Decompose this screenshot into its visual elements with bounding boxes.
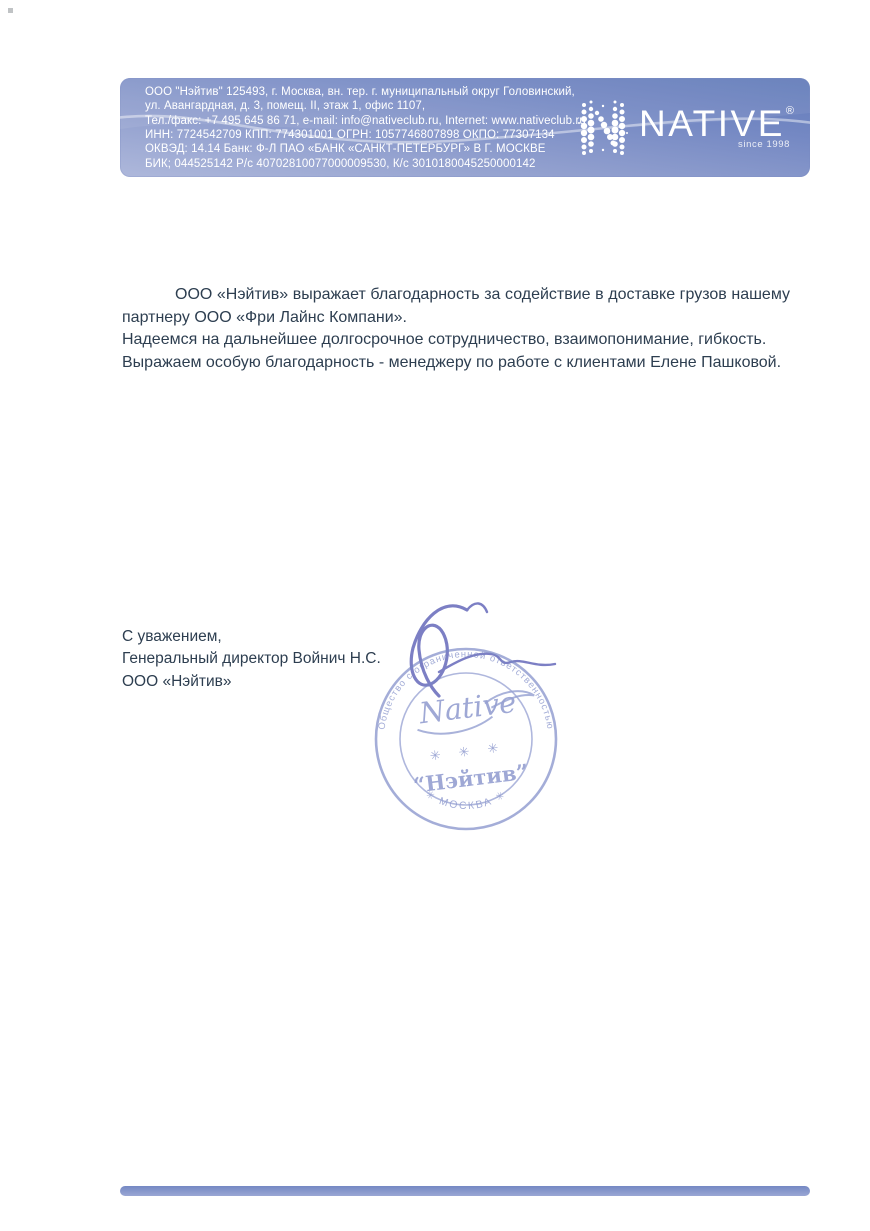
native-dotted-n-logo: [577, 97, 629, 159]
stamp-outer-ring: [376, 649, 556, 829]
letter-body: ООО «Нэйтив» выражает благодарность за с…: [122, 284, 790, 374]
stamp-flourish: [484, 689, 535, 708]
stamp-ring-text-top: Общество с ограниченной ответственностью: [376, 649, 555, 731]
signature-company: ООО «Нэйтив»: [122, 671, 381, 693]
company-stamp: Общество с ограниченной ответственностью…: [371, 644, 561, 834]
paragraph-cooperation: Надеемся на дальнейшее долгосрочное сотр…: [122, 329, 790, 352]
signature-title-name: Генеральный директор Войнич Н.С.: [122, 648, 381, 670]
signature-block: С уважением, Генеральный директор Войнич…: [122, 626, 381, 693]
contact-line-okved-bank: ОКВЭД: 14.14 Банк: Ф-Л ПАО «БАНК «САНКТ-…: [145, 142, 586, 156]
footer-bar: [120, 1186, 810, 1196]
stamp-stars: ✳ ✳ ✳: [429, 740, 506, 764]
stamp-ring-text-bottom: ✳ МОСКВА ✳: [423, 788, 509, 812]
letterhead: ООО "Нэйтив" 125493, г. Москва, вн. тер.…: [120, 78, 810, 177]
paragraph-gratitude: ООО «Нэйтив» выражает благодарность за с…: [122, 284, 790, 329]
scan-artifact: [8, 8, 13, 13]
contact-line-address1: ООО "Нэйтив" 125493, г. Москва, вн. тер.…: [145, 85, 586, 99]
brand-block: NATIVE ® since 1998: [577, 78, 794, 177]
contact-line-bik-accounts: БИК; 044525142 Р/с 40702810077000009530,…: [145, 157, 586, 171]
signature-salutation: С уважением,: [122, 626, 381, 648]
brand-text: NATIVE ® since 1998: [639, 105, 794, 150]
contact-line-phone-email: Тел./факс: +7 495 645 86 71, e-mail: inf…: [145, 114, 586, 128]
stamp-underline-flourish: [417, 717, 494, 737]
svg-text:✳ МОСКВА ✳: ✳ МОСКВА ✳: [423, 788, 509, 812]
brand-name: NATIVE: [639, 105, 785, 142]
paragraph-special-thanks: Выражаем особую благодарность - менеджер…: [122, 352, 790, 375]
contact-line-address2: ул. Авангардная, д. 3, помещ. II, этаж 1…: [145, 99, 586, 113]
contact-line-inn-kpp: ИНН: 7724542709 КПП: 774301001 ОГРН: 105…: [145, 128, 586, 142]
handwritten-signature: [383, 586, 583, 716]
brand-tagline: since 1998: [738, 139, 790, 150]
stamp-script-name: Native: [416, 685, 518, 731]
stamp-inner-ring: [400, 673, 532, 805]
registered-trademark-mark: ®: [786, 106, 794, 117]
svg-text:Общество с ограниченной ответс: Общество с ограниченной ответственностью: [376, 649, 555, 731]
letter-page: ООО "Нэйтив" 125493, г. Москва, вн. тер.…: [0, 0, 870, 1231]
company-contact-block: ООО "Нэйтив" 125493, г. Москва, вн. тер.…: [145, 85, 586, 171]
stamp-quoted-name: “Нэйтив”: [412, 759, 530, 798]
